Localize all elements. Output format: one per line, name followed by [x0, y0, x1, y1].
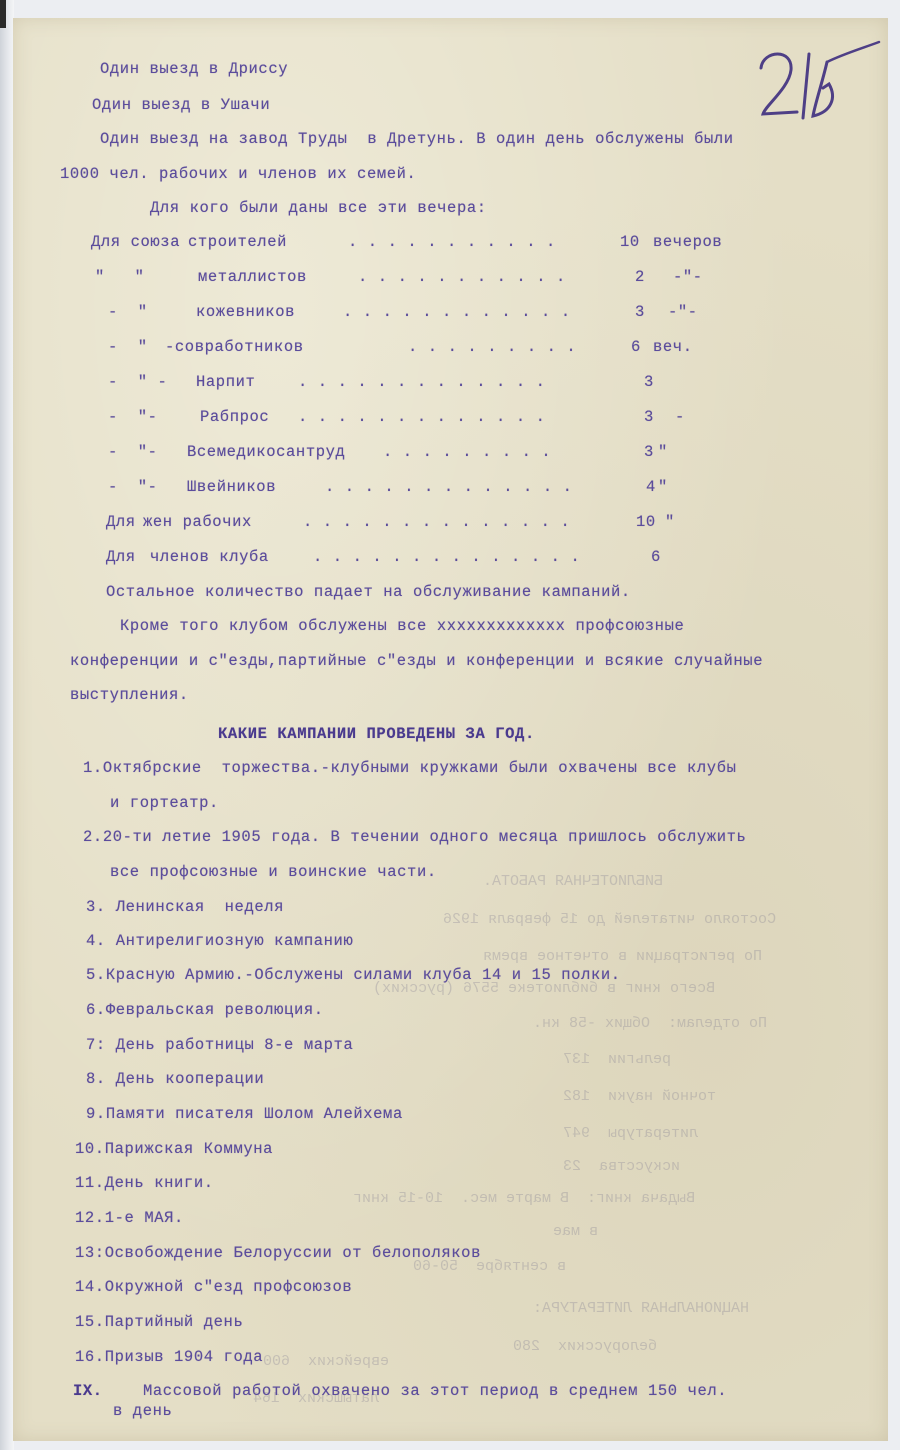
list-item-text: Освобождение Белоруссии от белополяков [105, 1244, 481, 1262]
list-item-number: 1. [83, 759, 103, 777]
table-row-label: Рабпрос [200, 408, 269, 426]
section-ix-continuation: в день [113, 1402, 172, 1420]
list-item: 4. Антирелигиозную кампанию [86, 932, 353, 950]
table-row-count: 2 [635, 268, 645, 286]
list-item-number: 10. [75, 1140, 105, 1158]
table-row-unit: " [665, 513, 675, 531]
table-row-count: 4 [646, 478, 656, 496]
table-row-prefix: Для союза [91, 233, 180, 251]
table-row-prefix: - " [108, 338, 148, 356]
bleed-line: в мае [553, 1223, 598, 1241]
table-row-count: 6 [651, 548, 661, 566]
table-row-prefix: - "- [108, 478, 158, 496]
table-row-unit: вечеров [653, 233, 722, 251]
list-item-text: 1-е МАЯ. [105, 1209, 184, 1227]
list-item: 13:Освобождение Белоруссии от белополяко… [75, 1244, 481, 1262]
list-item-number: 15. [75, 1313, 105, 1331]
table-row-dots: . . . . . . . . . [383, 443, 551, 461]
besides-paragraph-line: Кроме того клубом обслужены все xxxxxxxx… [120, 617, 684, 635]
list-item-number: 3. [86, 898, 106, 916]
list-item-number: 2. [83, 828, 103, 846]
list-item: 12.1-е МАЯ. [75, 1209, 184, 1227]
list-item: 6.Февральская революция. [86, 1001, 324, 1019]
bleed-line: еврейских 600 [263, 1353, 389, 1371]
list-item: 15.Партийный день [75, 1313, 243, 1331]
table-row-label: жен рабочих [143, 513, 252, 531]
handwritten-folio-number [753, 40, 883, 120]
list-item-number: 9. [86, 1105, 106, 1123]
list-item-number: 8. [86, 1070, 106, 1088]
list-item: 3. Ленинская неделя [86, 898, 284, 916]
list-item: 11.День книги. [75, 1174, 214, 1192]
list-item-text: День работницы 8-е марта [116, 1036, 354, 1054]
table-row-label: строителей [188, 233, 287, 251]
bleed-line: точной науки 182 [563, 1088, 716, 1106]
table-row-dots: . . . . . . . . . . . . . [298, 408, 546, 426]
table-row-dots: . . . . . . . . . . . . [343, 303, 571, 321]
list-item: 1.Октябрские торжества.-клубными кружкам… [83, 759, 737, 777]
table-row-count: 3 [644, 373, 654, 391]
table-row-label: Швейников [187, 478, 276, 496]
bleed-line: БИБЛИОТЕЧНАЯ РАБОТА. [483, 873, 663, 891]
bleed-line: Состояло читателей до 15 февраля 1926 [443, 911, 776, 929]
table-row-prefix: Для [106, 513, 136, 531]
bleed-line: белорусских 280 [513, 1338, 657, 1356]
list-item-continuation: и гортеатр. [110, 794, 219, 812]
table-row-count: 3 [635, 303, 645, 321]
bleed-line: литературы 947 [563, 1125, 698, 1143]
table-row-prefix: - "- [108, 443, 158, 461]
list-item-text: Парижская Коммуна [105, 1140, 273, 1158]
table-row-label: металлистов [198, 268, 307, 286]
table-row-label: членов клуба [150, 548, 269, 566]
table-row-prefix: - " - [108, 373, 167, 391]
table-row-prefix: Для [106, 548, 136, 566]
bleed-line: По отделам: Общих -58 кн. [533, 1015, 767, 1033]
bleed-line: искусства 23 [563, 1158, 680, 1176]
table-row-dots: . . . . . . . . . . . . . [325, 478, 573, 496]
table-row-unit: -"- [673, 268, 703, 286]
list-item-text: Антирелигиозную кампанию [116, 932, 354, 950]
bleed-line: Выдача книг: В марте мес. 10-15 книг [353, 1190, 695, 1208]
table-row-label: кожевников [196, 303, 295, 321]
list-item-number: 12. [75, 1209, 105, 1227]
intro-line: Один выезд на завод Труды в Дретунь. В о… [100, 130, 734, 148]
remaining-line: Остальное количество падает на обслужива… [106, 583, 631, 601]
list-item: 14.Окружной с"езд профсоюзов [75, 1278, 352, 1296]
list-item: 5.Красную Армию.-Обслужены силами клуба … [86, 966, 621, 984]
section-ix-text: Массовой работой охвачено за этот период… [143, 1382, 727, 1400]
list-item-text: Ленинская неделя [116, 898, 284, 916]
list-item: 9.Памяти писателя Шолом Алейхема [86, 1105, 403, 1123]
table-row-prefix: - "- [108, 408, 158, 426]
list-item-number: 14. [75, 1278, 105, 1296]
besides-paragraph-line: конференции и с"езды,партийные с"езды и … [70, 652, 763, 670]
besides-paragraph-line: выступления. [70, 686, 189, 704]
table-row-count: 3 [644, 408, 654, 426]
list-item-text: Памяти писателя Шолом Алейхема [106, 1105, 403, 1123]
list-item-continuation: все профсоюзные и воинские части. [110, 863, 437, 881]
list-item: 8. День кооперации [86, 1070, 264, 1088]
table-row-count: 3 [644, 443, 654, 461]
list-item-text: 20-ти летие 1905 года. В течении одного … [103, 828, 747, 846]
evenings-heading: Для кого были даны все эти вечера: [150, 199, 487, 217]
list-item: 2.20-ти летие 1905 года. В течении одног… [83, 828, 746, 846]
bleed-line: рельгии 137 [563, 1051, 671, 1069]
table-row-unit: - [675, 408, 685, 426]
table-row-dots: . . . . . . . . . [408, 338, 576, 356]
list-item-text: Призыв 1904 года [105, 1348, 263, 1366]
list-item: 16.Призыв 1904 года [75, 1348, 263, 1366]
table-row-count: 10 [620, 233, 640, 251]
campaigns-heading: КАКИЕ КАМПАНИИ ПРОВЕДЕНЫ ЗА ГОД. [218, 725, 535, 743]
table-row-prefix: " " [95, 268, 145, 286]
list-item-number: 16. [75, 1348, 105, 1366]
table-row-count: 10 [636, 513, 656, 531]
table-row-dots: . . . . . . . . . . . . . [298, 373, 546, 391]
table-row-unit: " [658, 478, 668, 496]
list-item-number: 7: [86, 1036, 106, 1054]
list-item-text: День кооперации [116, 1070, 265, 1088]
table-row-dots: . . . . . . . . . . . [348, 233, 556, 251]
binder-edge [0, 0, 14, 1450]
bleed-line: НАЦИОНАЛЬНАЯ ЛИТЕРАТУРА: [533, 1300, 749, 1318]
table-row-label: Нарпит [196, 373, 255, 391]
document-page: БИБЛИОТЕЧНАЯ РАБОТА. Состояло читателей … [13, 18, 888, 1441]
table-row-count: 6 [631, 338, 641, 356]
section-ix-number: IX. [73, 1382, 103, 1400]
list-item: 7: День работницы 8-е марта [86, 1036, 353, 1054]
table-row-dots: . . . . . . . . . . . . . . [313, 548, 580, 566]
list-item: 10.Парижская Коммуна [75, 1140, 273, 1158]
list-item-number: 11. [75, 1174, 105, 1192]
intro-line: 1000 чел. рабочих и членов их семей. [60, 165, 416, 183]
list-item-text: Октябрские торжества.-клубными кружками … [103, 759, 737, 777]
list-item-text: Окружной с"езд профсоюзов [105, 1278, 353, 1296]
table-row-label: -совработников [165, 338, 304, 356]
list-item-number: 4. [86, 932, 106, 950]
list-item-text: День книги. [105, 1174, 214, 1192]
intro-line: Один выезд в Дриссу [100, 60, 288, 78]
table-row-unit: веч. [653, 338, 693, 356]
table-row-label: Всемедикосантруд [187, 443, 345, 461]
bleed-line: По регистрации в отчетное время [483, 948, 762, 966]
table-row-unit: " [658, 443, 668, 461]
table-row-dots: . . . . . . . . . . . . . . [303, 513, 570, 531]
list-item-text: Красную Армию.-Обслужены силами клуба 14… [106, 966, 621, 984]
table-row-dots: . . . . . . . . . . . [358, 268, 566, 286]
list-item-text: Партийный день [105, 1313, 244, 1331]
list-item-number: 6. [86, 1001, 106, 1019]
intro-line: Один выезд в Ушачи [92, 96, 270, 114]
table-row-unit: -"- [668, 303, 698, 321]
table-row-prefix: - " [108, 303, 148, 321]
list-item-number: 13: [75, 1244, 105, 1262]
list-item-text: Февральская революция. [106, 1001, 324, 1019]
binder-corner [0, 0, 6, 28]
list-item-number: 5. [86, 966, 106, 984]
